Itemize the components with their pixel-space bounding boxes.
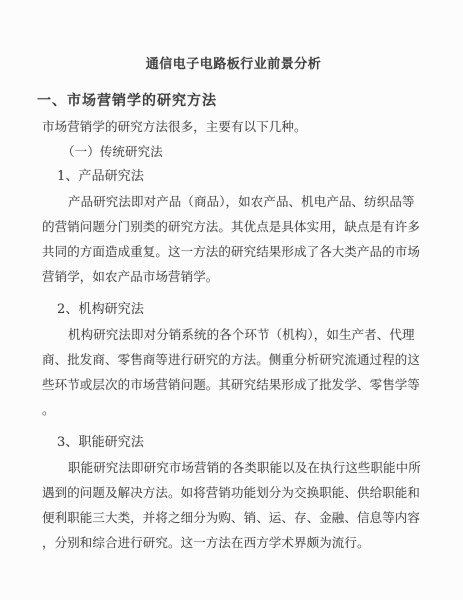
text-line: 些环节或层次的市场营销问题。其研究结果形成了批发学、零售学等 — [42, 372, 425, 397]
document-page: 通信电子电路板行业前景分析 一、市场营销学的研究方法市场营销学的研究方法很多，主… — [0, 0, 463, 600]
numbered-heading: 2、机构研究法 — [57, 297, 425, 322]
text-line: 营销学，如农产品市场营销学。 — [42, 264, 425, 289]
text-line: 商、批发商、零售商等进行研究的方法。侧重分析研究流通过程的这 — [42, 347, 425, 372]
document-content: 通信电子电路板行业前景分析 一、市场营销学的研究方法市场营销学的研究方法很多，主… — [42, 52, 425, 563]
text-line: 共同的方面造成重复。这一方法的研究结果形成了各大类产品的市场 — [42, 239, 425, 264]
text-line: 。 — [42, 397, 425, 422]
section-heading: 一、市场营销学的研究方法 — [37, 89, 425, 114]
subsection-heading: （一）传统研究法 — [62, 139, 425, 164]
document-body: 一、市场营销学的研究方法市场营销学的研究方法很多，主要有以下几种。（一）传统研究… — [42, 89, 425, 555]
text-line: 市场营销学的研究方法很多，主要有以下几种。 — [42, 114, 425, 139]
text-line: ，分别和综合进行研究。这一方法在西方学术界颇为流行。 — [42, 530, 425, 555]
text-line: 遇到的问题及解决方法。如将营销功能划分为交换职能、供给职能和 — [42, 480, 425, 505]
intro-paragraph: 市场营销学的研究方法很多，主要有以下几种。 — [42, 114, 425, 139]
text-line: 职能研究法即研究市场营销的各类职能以及在执行这些职能中所 — [42, 455, 425, 480]
document-title: 通信电子电路板行业前景分析 — [42, 52, 425, 77]
text-line: 便利职能三大类，并将之细分为购、销、运、存、金融、信息等内容 — [42, 505, 425, 530]
paragraph: 产品研究法即对产品（商品），如农产品、机电产品、纺织品等的营销问题分门别类的研究… — [42, 189, 425, 289]
paragraph: 职能研究法即研究市场营销的各类职能以及在执行这些职能中所遇到的问题及解决方法。如… — [42, 455, 425, 555]
text-line: 的营销问题分门别类的研究方法。其优点是具体实用，缺点是有许多 — [42, 214, 425, 239]
paragraph: 机构研究法即对分销系统的各个环节（机构），如生产者、代理商、批发商、零售商等进行… — [42, 322, 425, 422]
text-line: 产品研究法即对产品（商品），如农产品、机电产品、纺织品等 — [42, 189, 425, 214]
numbered-heading: 3、职能研究法 — [57, 430, 425, 455]
text-line: 机构研究法即对分销系统的各个环节（机构），如生产者、代理 — [42, 322, 425, 347]
numbered-heading: 1、产品研究法 — [57, 164, 425, 189]
